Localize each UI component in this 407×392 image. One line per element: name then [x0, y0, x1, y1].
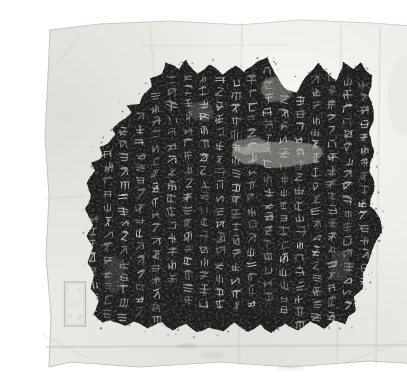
paper-smudge	[177, 343, 197, 349]
rubbing-photo: Photograph of a Chinese stone-rubbing (i…	[40, 16, 407, 376]
epitaph-glyph	[152, 316, 160, 324]
paper-smudge	[200, 352, 224, 358]
epitaph-glyph	[296, 96, 304, 104]
epitaph-glyph	[120, 181, 128, 189]
epitaph-glyph	[232, 144, 240, 152]
epitaph-glyph	[120, 300, 128, 308]
epitaph-glyph	[344, 223, 352, 231]
epitaph-glyph	[344, 263, 352, 271]
paper-smudge	[276, 365, 304, 371]
rubbing-photo-canvas	[40, 16, 407, 376]
epitaph-glyph	[344, 210, 352, 218]
epitaph-glyph	[120, 207, 128, 215]
epitaph-glyph	[264, 253, 272, 261]
epitaph-glyph	[232, 91, 240, 99]
worn-patch	[187, 102, 213, 122]
